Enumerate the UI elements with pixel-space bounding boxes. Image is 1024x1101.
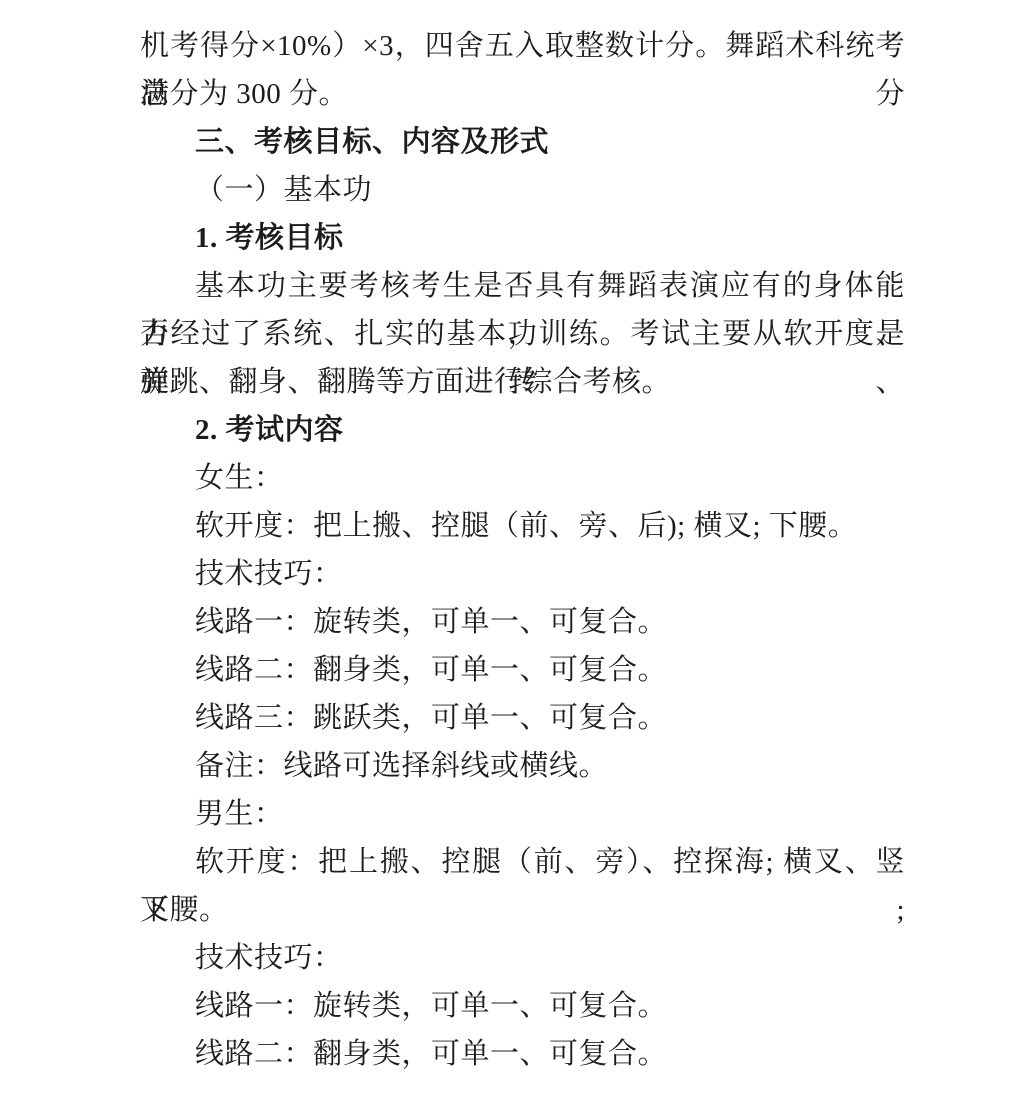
label-male: 男生： (140, 790, 905, 838)
line-male-route-2: 线路二：翻身类，可单一、可复合。 (140, 1030, 905, 1078)
line-male-route-1: 线路一：旋转类，可单一、可复合。 (140, 982, 905, 1030)
heading-assessment-objective: 1. 考核目标 (140, 214, 905, 262)
label-male-technique: 技术技巧： (140, 934, 905, 982)
para-objective-line-1: 基本功主要考核考生是否具有舞蹈表演应有的身体能力，是 (140, 262, 905, 310)
line-female-route-2: 线路二：翻身类，可单一、可复合。 (140, 646, 905, 694)
label-female: 女生： (140, 454, 905, 502)
heading-section-three: 三、考核目标、内容及形式 (140, 118, 905, 166)
line-female-route-1: 线路一：旋转类，可单一、可复合。 (140, 598, 905, 646)
heading-exam-content: 2. 考试内容 (140, 406, 905, 454)
para-objective-line-2: 否经过了系统、扎实的基本功训练。考试主要从软开度、旋转、 (140, 310, 905, 358)
para-scoring-continuation-line: 机考得分×10%）×3，四舍五入取整数计分。舞蹈术科统考总分 (140, 22, 905, 70)
line-female-flexibility: 软开度：把上搬、控腿（前、旁、后); 横叉; 下腰。 (140, 502, 905, 550)
label-female-technique: 技术技巧： (140, 550, 905, 598)
document-page: 机考得分×10%）×3，四舍五入取整数计分。舞蹈术科统考总分 满分为 300 分… (0, 0, 1024, 1101)
line-male-flexibility-1: 软开度：把上搬、控腿（前、旁）、控探海; 横叉、竖叉; (140, 838, 905, 886)
line-female-route-3: 线路三：跳跃类，可单一、可复合。 (140, 694, 905, 742)
line-route-note: 备注：线路可选择斜线或横线。 (140, 742, 905, 790)
heading-subsection-one-basics: （一）基本功 (140, 166, 905, 214)
